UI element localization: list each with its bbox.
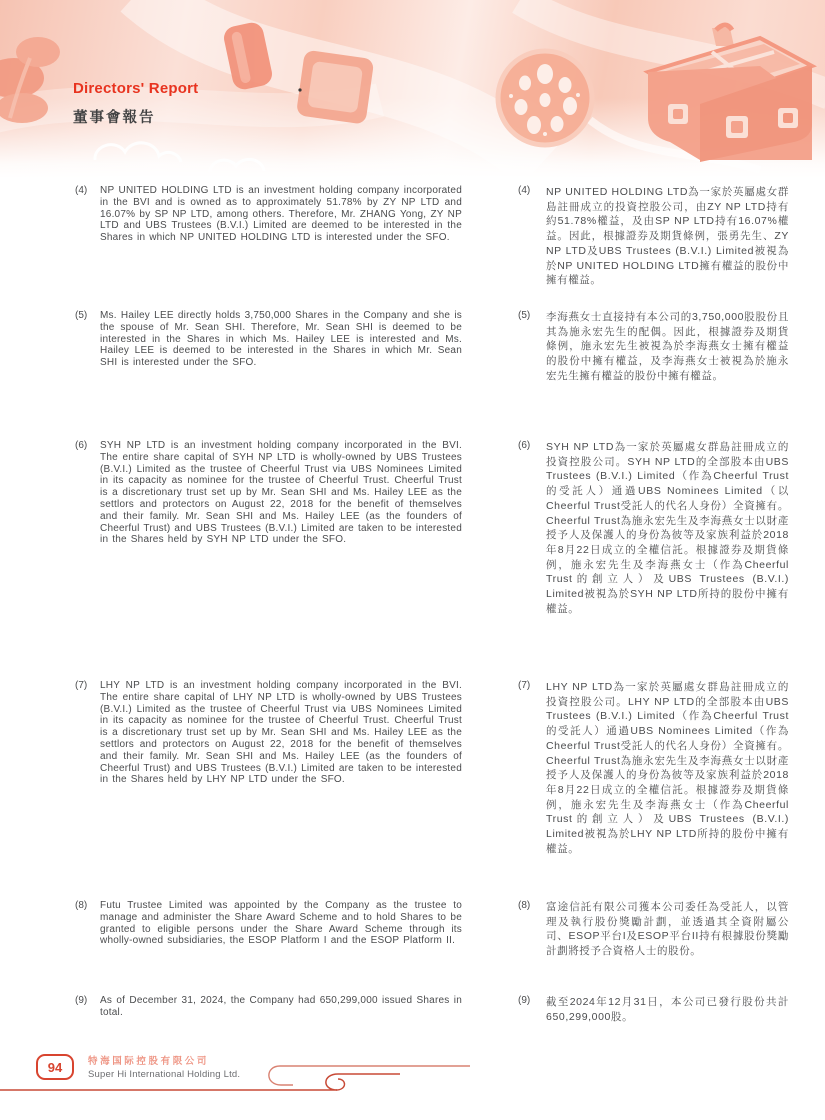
note-text-zh: 李海燕女士直接持有本公司的3,750,000股股份且其為施永宏先生的配偶。因此，…	[546, 310, 789, 384]
note-number-zh: (4)	[518, 185, 530, 196]
note-text-zh: 截至2024年12月31日，本公司已發行股份共計650,299,000股。	[546, 995, 789, 1024]
page-title-en: Directors' Report	[73, 80, 198, 97]
note-number-en: (7)	[75, 680, 87, 691]
note-text-en: As of December 31, 2024, the Company had…	[100, 995, 462, 1019]
note-number-zh: (8)	[518, 900, 530, 911]
gift-box-icon	[296, 50, 375, 125]
note-text-en: Ms. Hailey LEE directly holds 3,750,000 …	[100, 310, 462, 369]
note-number-zh: (7)	[518, 680, 530, 691]
note-text-en: NP UNITED HOLDING LTD is an investment h…	[100, 185, 462, 244]
note-text-zh: NP UNITED HOLDING LTD為一家於英屬處女群島註冊成立的投資控股…	[546, 185, 789, 288]
note-number-en: (5)	[75, 310, 87, 321]
report-page: Directors' Report 董事會報告 (4) NP UNITED HO…	[0, 0, 825, 1120]
note-text-zh: LHY NP LTD為一家於英屬處女群島註冊成立的投資控股公司。LHY NP L…	[546, 680, 789, 856]
cloud-scroll-decoration	[0, 1060, 480, 1096]
note-number-en: (8)	[75, 900, 87, 911]
note-number-zh: (9)	[518, 995, 530, 1006]
note-number-zh: (6)	[518, 440, 530, 451]
page-header: Directors' Report 董事會報告	[73, 80, 198, 127]
note-text-zh: 富途信託有限公司獲本公司委任為受託人，以管理及執行股份獎勵計劃，並透過其全資附屬…	[546, 900, 789, 959]
note-text-en: LHY NP LTD is an investment holding comp…	[100, 680, 462, 786]
cloud-icon	[95, 143, 264, 172]
note-number-en: (4)	[75, 185, 87, 196]
note-number-en: (6)	[75, 440, 87, 451]
note-text-en: SYH NP LTD is an investment holding comp…	[100, 440, 462, 546]
dot-accent	[298, 88, 301, 91]
page-title-zh: 董事會報告	[73, 106, 198, 127]
note-number-zh: (5)	[518, 310, 530, 321]
note-text-zh: SYH NP LTD為一家於英屬處女群島註冊成立的投資控股公司。SYH NP L…	[546, 440, 789, 616]
note-text-en: Futu Trustee Limited was appointed by th…	[100, 900, 462, 947]
note-number-en: (9)	[75, 995, 87, 1006]
lotus-root-icon	[498, 51, 592, 145]
